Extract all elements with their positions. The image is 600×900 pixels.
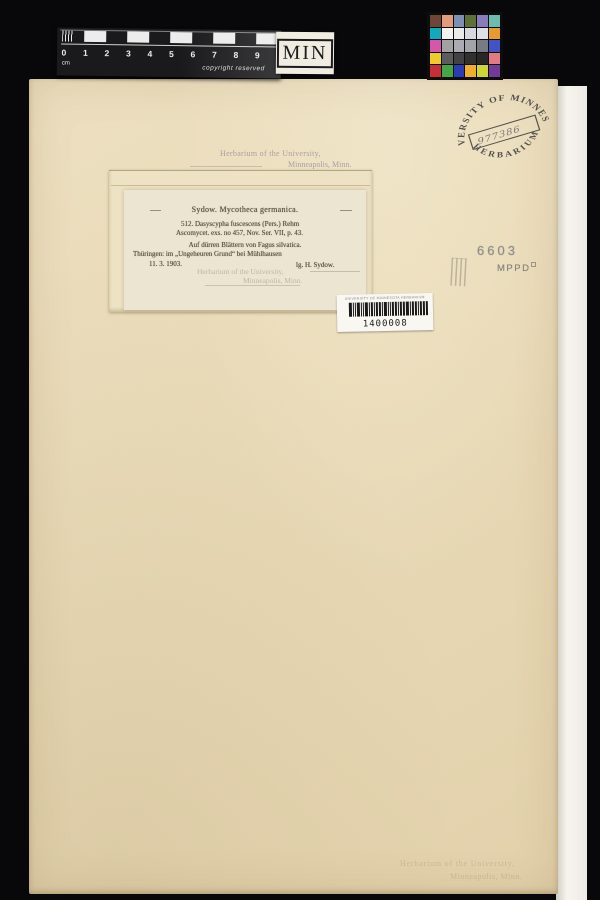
color-swatch xyxy=(430,15,441,27)
ruler-cm-block xyxy=(170,32,192,43)
ruler-number: 1 xyxy=(83,48,88,58)
color-swatch xyxy=(442,65,453,77)
color-swatch xyxy=(442,15,453,27)
barcode-microtext: UNIVERSITY OF MINNESOTA HERBARIUM xyxy=(337,295,433,301)
color-swatch xyxy=(477,65,488,77)
label-date: 11. 3. 1903. xyxy=(149,260,182,268)
ruler-cm-block xyxy=(127,31,149,42)
superscript-square-mark xyxy=(531,262,536,267)
color-swatch xyxy=(477,53,488,65)
ruler-cm-block xyxy=(256,33,278,44)
ruler-number: 4 xyxy=(147,49,152,59)
ruler-unit-label: cm xyxy=(62,61,70,67)
barcode-bar xyxy=(394,302,397,316)
herbarium-code-text: MIN xyxy=(276,38,333,68)
color-swatch xyxy=(489,28,500,40)
ruler-hairline xyxy=(61,43,277,47)
color-swatch xyxy=(430,53,441,65)
color-swatch xyxy=(442,40,453,52)
ruler-number: 9 xyxy=(255,50,260,60)
color-swatch xyxy=(477,28,488,40)
ruler-hatch-block xyxy=(62,31,73,42)
color-swatch xyxy=(454,28,465,40)
institution-stamp-line2: Minneapolis, Minn. xyxy=(243,276,302,285)
label-dash-right xyxy=(340,210,352,211)
stamp-handwritten-number: 977386 xyxy=(477,124,522,147)
institution-stamp-line2: Minneapolis, Minn. xyxy=(288,160,351,169)
color-swatch xyxy=(454,40,465,52)
ruler-number: 5 xyxy=(169,49,174,59)
label-substrate-line: Auf dürren Blättern von Fagus silvatica. xyxy=(124,241,366,249)
color-swatch xyxy=(465,28,476,40)
ruler-number: 8 xyxy=(233,50,238,60)
color-swatch xyxy=(489,65,500,77)
color-swatch xyxy=(454,15,465,27)
barcode-label: UNIVERSITY OF MINNESOTA HERBARIUM 140000… xyxy=(337,293,434,332)
barcode-bar xyxy=(376,302,379,316)
label-species-line: 512. Dasyscypha fuscescens (Pers.) Rehm xyxy=(181,220,299,228)
barcode-bar xyxy=(418,301,420,315)
faint-rule xyxy=(310,271,360,272)
color-swatch xyxy=(477,15,488,27)
faint-rule xyxy=(205,285,300,286)
ruler-number: 3 xyxy=(126,48,131,58)
ruler-numbers: 012345678910 xyxy=(57,27,281,30)
herbarium-specimen-photo: 012345678910 cm copyright reserved MIN U… xyxy=(0,0,600,900)
barcode-bar xyxy=(402,302,405,316)
ruler-number: 2 xyxy=(104,48,109,58)
herbarium-code-tag: MIN xyxy=(276,32,334,75)
ruler-copyright-label: copyright reserved xyxy=(202,64,265,72)
barcode-bar xyxy=(365,302,368,316)
color-swatch xyxy=(489,40,500,52)
barcode-bar xyxy=(349,303,352,317)
institution-stamp-line1: Herbarium of the University, xyxy=(197,267,284,276)
barcode-bar xyxy=(384,302,387,316)
color-swatch xyxy=(477,40,488,52)
color-swatch xyxy=(465,53,476,65)
adjacent-sheet-edge xyxy=(556,86,587,900)
color-swatch xyxy=(442,28,453,40)
institution-stamp-line1: Herbarium of the University, xyxy=(220,149,321,158)
faint-rule xyxy=(190,166,262,167)
institution-stamp-line1: Herbarium of the University, xyxy=(400,859,515,868)
barcode-bar xyxy=(363,302,365,316)
color-swatch xyxy=(454,53,465,65)
barcode-bar xyxy=(361,302,363,316)
color-swatch xyxy=(465,15,476,27)
color-swatch xyxy=(454,65,465,77)
barcode-bars xyxy=(349,301,429,317)
barcode-bar xyxy=(422,301,425,315)
barcode-bar xyxy=(406,302,409,316)
color-swatch xyxy=(442,53,453,65)
ruler-number: 0 xyxy=(61,47,66,57)
color-swatch xyxy=(489,53,500,65)
barcode-bar xyxy=(420,301,422,315)
accession-number-stamp: 6603 xyxy=(477,243,518,258)
label-locality-line: Thüringen: im „Ungeheuren Grund“ bei Müh… xyxy=(133,250,282,258)
institution-stamp-line2: Minneapolis, Minn. xyxy=(450,872,522,881)
barcode-bar xyxy=(414,301,417,315)
ruler-cm-block xyxy=(213,33,235,44)
collection-code-text: MPPD xyxy=(497,263,530,274)
color-swatch xyxy=(465,65,476,77)
collection-code-stamp: MPPD xyxy=(497,262,536,274)
color-calibration-chart xyxy=(427,12,503,80)
barcode-bar xyxy=(352,303,354,317)
color-swatch xyxy=(489,15,500,27)
barcode-bar xyxy=(357,303,360,317)
barcode-bar xyxy=(426,301,428,315)
ruler-cm-block xyxy=(84,31,106,42)
label-citation-line: Ascomycet. exs. no 457, Nov. Ser. VII, p… xyxy=(176,229,303,237)
faint-vertical-lines-stamp xyxy=(450,258,466,287)
label-collector: lg. H. Sydow. xyxy=(296,261,334,269)
color-swatch xyxy=(430,28,441,40)
color-swatch xyxy=(430,40,441,52)
scale-ruler: 012345678910 cm copyright reserved xyxy=(57,27,282,78)
barcode-bar xyxy=(355,303,357,317)
color-swatch xyxy=(465,40,476,52)
ruler-number: 6 xyxy=(190,49,195,59)
color-swatch xyxy=(430,65,441,77)
barcode-number: 1400008 xyxy=(337,318,433,330)
ruler-number: 7 xyxy=(212,50,217,60)
label-dash-left xyxy=(150,210,161,211)
